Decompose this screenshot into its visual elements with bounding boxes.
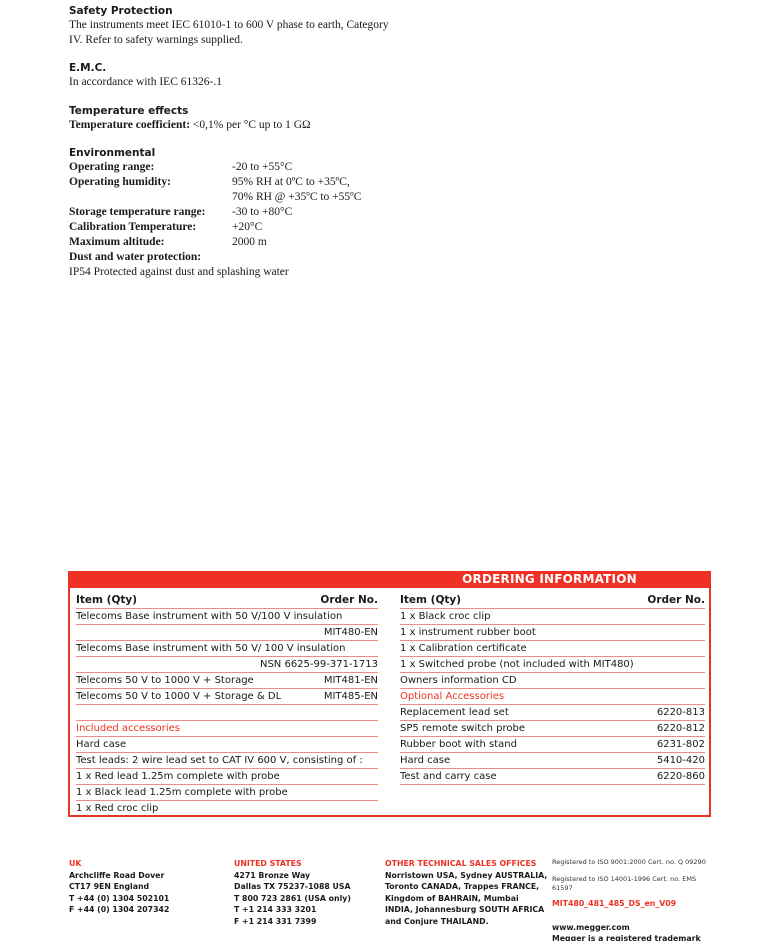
footer-line: T +1 214 333 3201 <box>234 904 384 916</box>
order-number: 6220-860 <box>657 769 705 784</box>
section-title: E.M.C. <box>69 61 399 75</box>
env-label: Storage temperature range: <box>69 205 232 220</box>
table-row: Telecoms Base instrument with 50 V/ 100 … <box>76 641 378 657</box>
order-header: Order No. <box>647 593 705 608</box>
table-row <box>76 705 378 721</box>
env-row: Maximum altitude:2000 m <box>69 235 399 250</box>
emc-section: E.M.C. In accordance with IEC 61326-.1 <box>69 61 399 90</box>
footer-line: INDIA, Johannesburg SOUTH AFRICA <box>385 904 555 916</box>
section-title: Environmental <box>69 146 399 160</box>
env-label <box>69 190 232 205</box>
item-name: 1 x Black croc clip <box>400 609 490 624</box>
footer-line: 4271 Bronze Way <box>234 870 384 882</box>
env-value: 95% RH at 0ºC to +35ºC, <box>232 175 399 190</box>
table-row: 1 x Black lead 1.25m complete with probe <box>76 785 378 801</box>
table-row: 1 x Switched probe (not included with MI… <box>400 657 705 673</box>
section-body: Temperature coefficient: <0,1% per °C up… <box>69 118 399 133</box>
env-label: Dust and water protection: <box>69 250 201 265</box>
table-row: 1 x Calibration certificate <box>400 641 705 657</box>
document-code: MIT480_481_485_DS_en_V09 <box>552 898 712 910</box>
table-row: Hard case5410-420 <box>400 753 705 769</box>
order-header: Order No. <box>320 593 378 608</box>
env-row: 70% RH @ +35ºC to +55ºC <box>69 190 399 205</box>
table-header: Item (Qty) Order No. <box>76 593 378 609</box>
item-name: Owners information CD <box>400 673 517 688</box>
item-name: Replacement lead set <box>400 705 509 720</box>
table-row: Telecoms 50 V to 1000 V + Storage & DLMI… <box>76 689 378 705</box>
trademark-text: Megger is a registered trademark <box>552 933 712 941</box>
temperature-section: Temperature effects Temperature coeffici… <box>69 104 399 133</box>
section-label: Optional Accessories <box>400 689 504 704</box>
order-number: 5410-420 <box>657 753 705 768</box>
footer-line: Kingdom of BAHRAIN, Mumbai <box>385 893 555 905</box>
env-row: Dust and water protection: <box>69 250 399 265</box>
order-number: MIT480-EN <box>324 625 378 640</box>
env-label: Operating range: <box>69 160 232 175</box>
table-row: 1 x Red lead 1.25m complete with probe <box>76 769 378 785</box>
table-row: Test leads: 2 wire lead set to CAT IV 60… <box>76 753 378 769</box>
footer-lines: Archcliffe Road DoverCT17 9EN EnglandT +… <box>69 870 229 916</box>
env-row: Operating range:-20 to +55°C <box>69 160 399 175</box>
table-row: Optional Accessories <box>400 689 705 705</box>
footer-us: UNITED STATES 4271 Bronze WayDallas TX 7… <box>234 858 384 927</box>
item-name: 1 x Red lead 1.25m complete with probe <box>76 769 280 784</box>
env-value: 70% RH @ +35ºC to +55ºC <box>232 190 399 205</box>
environmental-rows: Operating range:-20 to +55°COperating hu… <box>69 160 399 265</box>
item-name: Telecoms Base instrument with 50 V/100 V… <box>76 609 342 624</box>
item-name: 1 x Switched probe (not included with MI… <box>400 657 634 672</box>
item-name: Rubber boot with stand <box>400 737 517 752</box>
item-header: Item (Qty) <box>400 593 461 608</box>
iso14001-text: Registered to ISO 14001-1996 Cert. no. E… <box>552 875 712 893</box>
env-value: -30 to +80°C <box>232 205 399 220</box>
env-label: Calibration Temperature: <box>69 220 232 235</box>
footer-lines: Norristown USA, Sydney AUSTRALIA,Toronto… <box>385 870 555 928</box>
footer-other-offices: OTHER TECHNICAL SALES OFFICES Norristown… <box>385 858 555 927</box>
footer-lines: 4271 Bronze WayDallas TX 75237-1088 USAT… <box>234 870 384 928</box>
footer-line: T +44 (0) 1304 502101 <box>69 893 229 905</box>
item-name: 1 x Black lead 1.25m complete with probe <box>76 785 288 800</box>
footer-uk: UK Archcliffe Road DoverCT17 9EN England… <box>69 858 229 916</box>
iso9001-text: Registered to ISO 9001:2000 Cert. no. Q … <box>552 858 712 867</box>
item-name: SP5 remote switch probe <box>400 721 525 736</box>
ordering-information-box: ORDERING INFORMATION Item (Qty) Order No… <box>68 571 711 817</box>
table-row: 1 x Red croc clip <box>76 801 378 816</box>
table-row: MIT480-EN <box>76 625 378 641</box>
section-body: The instruments meet IEC 61010-1 to 600 … <box>69 18 399 47</box>
footer-heading: UNITED STATES <box>234 858 384 870</box>
footer-line: Norristown USA, Sydney AUSTRALIA, <box>385 870 555 882</box>
table-header: Item (Qty) Order No. <box>400 593 705 609</box>
env-row: Storage temperature range:-30 to +80°C <box>69 205 399 220</box>
order-number: 6231-802 <box>657 737 705 752</box>
order-number: 6220-813 <box>657 705 705 720</box>
env-value: -20 to +55°C <box>232 160 399 175</box>
footer-registration: Registered to ISO 9001:2000 Cert. no. Q … <box>552 858 712 941</box>
order-number: MIT481-EN <box>324 673 378 688</box>
item-name: 1 x Red croc clip <box>76 801 158 816</box>
env-value <box>201 250 399 265</box>
section-label: Included accessories <box>76 721 180 736</box>
item-name: 1 x instrument rubber boot <box>400 625 536 640</box>
section-title: Safety Protection <box>69 4 399 18</box>
footer-line: T 800 723 2861 (USA only) <box>234 893 384 905</box>
item-name: Hard case <box>76 737 126 752</box>
item-header: Item (Qty) <box>76 593 137 608</box>
table-row: Telecoms 50 V to 1000 V + StorageMIT481-… <box>76 673 378 689</box>
footer-line: and Conjure THAILAND. <box>385 916 555 928</box>
env-row: Operating humidity:95% RH at 0ºC to +35º… <box>69 175 399 190</box>
item-name: Telecoms 50 V to 1000 V + Storage & DL <box>76 689 281 704</box>
item-name: Telecoms 50 V to 1000 V + Storage <box>76 673 254 688</box>
specifications: Safety Protection The instruments meet I… <box>69 4 399 294</box>
item-name: Test and carry case <box>400 769 497 784</box>
table-row: Replacement lead set6220-813 <box>400 705 705 721</box>
table-row: Owners information CD <box>400 673 705 689</box>
item-name: Telecoms Base instrument with 50 V/ 100 … <box>76 641 346 656</box>
table-row: Included accessories <box>76 721 378 737</box>
footer-line: CT17 9EN England <box>69 881 229 893</box>
ordering-left-column: Item (Qty) Order No. Telecoms Base instr… <box>76 593 378 816</box>
footer-line: F +1 214 331 7399 <box>234 916 384 928</box>
safety-protection-section: Safety Protection The instruments meet I… <box>69 4 399 47</box>
table-row: SP5 remote switch probe6220-812 <box>400 721 705 737</box>
env-value: 2000 m <box>232 235 399 250</box>
footer-line: Archcliffe Road Dover <box>69 870 229 882</box>
footer-line: F +44 (0) 1304 207342 <box>69 904 229 916</box>
footer-line: Dallas TX 75237-1088 USA <box>234 881 384 893</box>
table-row: 1 x Black croc clip <box>400 609 705 625</box>
order-number: 6220-812 <box>657 721 705 736</box>
table-row: Telecoms Base instrument with 50 V/100 V… <box>76 609 378 625</box>
ordering-right-column: Item (Qty) Order No. 1 x Black croc clip… <box>400 593 705 785</box>
order-number: MIT485-EN <box>324 689 378 704</box>
section-body: In accordance with IEC 61326-.1 <box>69 75 399 90</box>
env-value: +20°C <box>232 220 399 235</box>
temp-coefficient-label: Temperature coefficient: <box>69 119 190 131</box>
section-title: Temperature effects <box>69 104 399 118</box>
env-row: Calibration Temperature:+20°C <box>69 220 399 235</box>
environmental-section: Environmental Operating range:-20 to +55… <box>69 146 399 280</box>
table-row: Rubber boot with stand6231-802 <box>400 737 705 753</box>
footer-heading: UK <box>69 858 229 870</box>
footer-line: Toronto CANADA, Trappes FRANCE, <box>385 881 555 893</box>
ordering-title: ORDERING INFORMATION <box>390 571 709 588</box>
temp-coefficient-value: <0,1% per °C up to 1 GΩ <box>193 119 311 131</box>
env-label: Operating humidity: <box>69 175 232 190</box>
item-name: 1 x Calibration certificate <box>400 641 527 656</box>
table-row: Hard case <box>76 737 378 753</box>
table-row: Test and carry case6220-860 <box>400 769 705 785</box>
item-name: Hard case <box>400 753 450 768</box>
order-number: NSN 6625-99-371-1713 <box>260 657 378 672</box>
dust-note: IP54 Protected against dust and splashin… <box>69 265 399 280</box>
table-row: 1 x instrument rubber boot <box>400 625 705 641</box>
table-row: NSN 6625-99-371-1713 <box>76 657 378 673</box>
website-link[interactable]: www.megger.com <box>552 922 712 934</box>
env-label: Maximum altitude: <box>69 235 232 250</box>
item-name: Test leads: 2 wire lead set to CAT IV 60… <box>76 753 363 768</box>
footer-heading: OTHER TECHNICAL SALES OFFICES <box>385 858 555 870</box>
